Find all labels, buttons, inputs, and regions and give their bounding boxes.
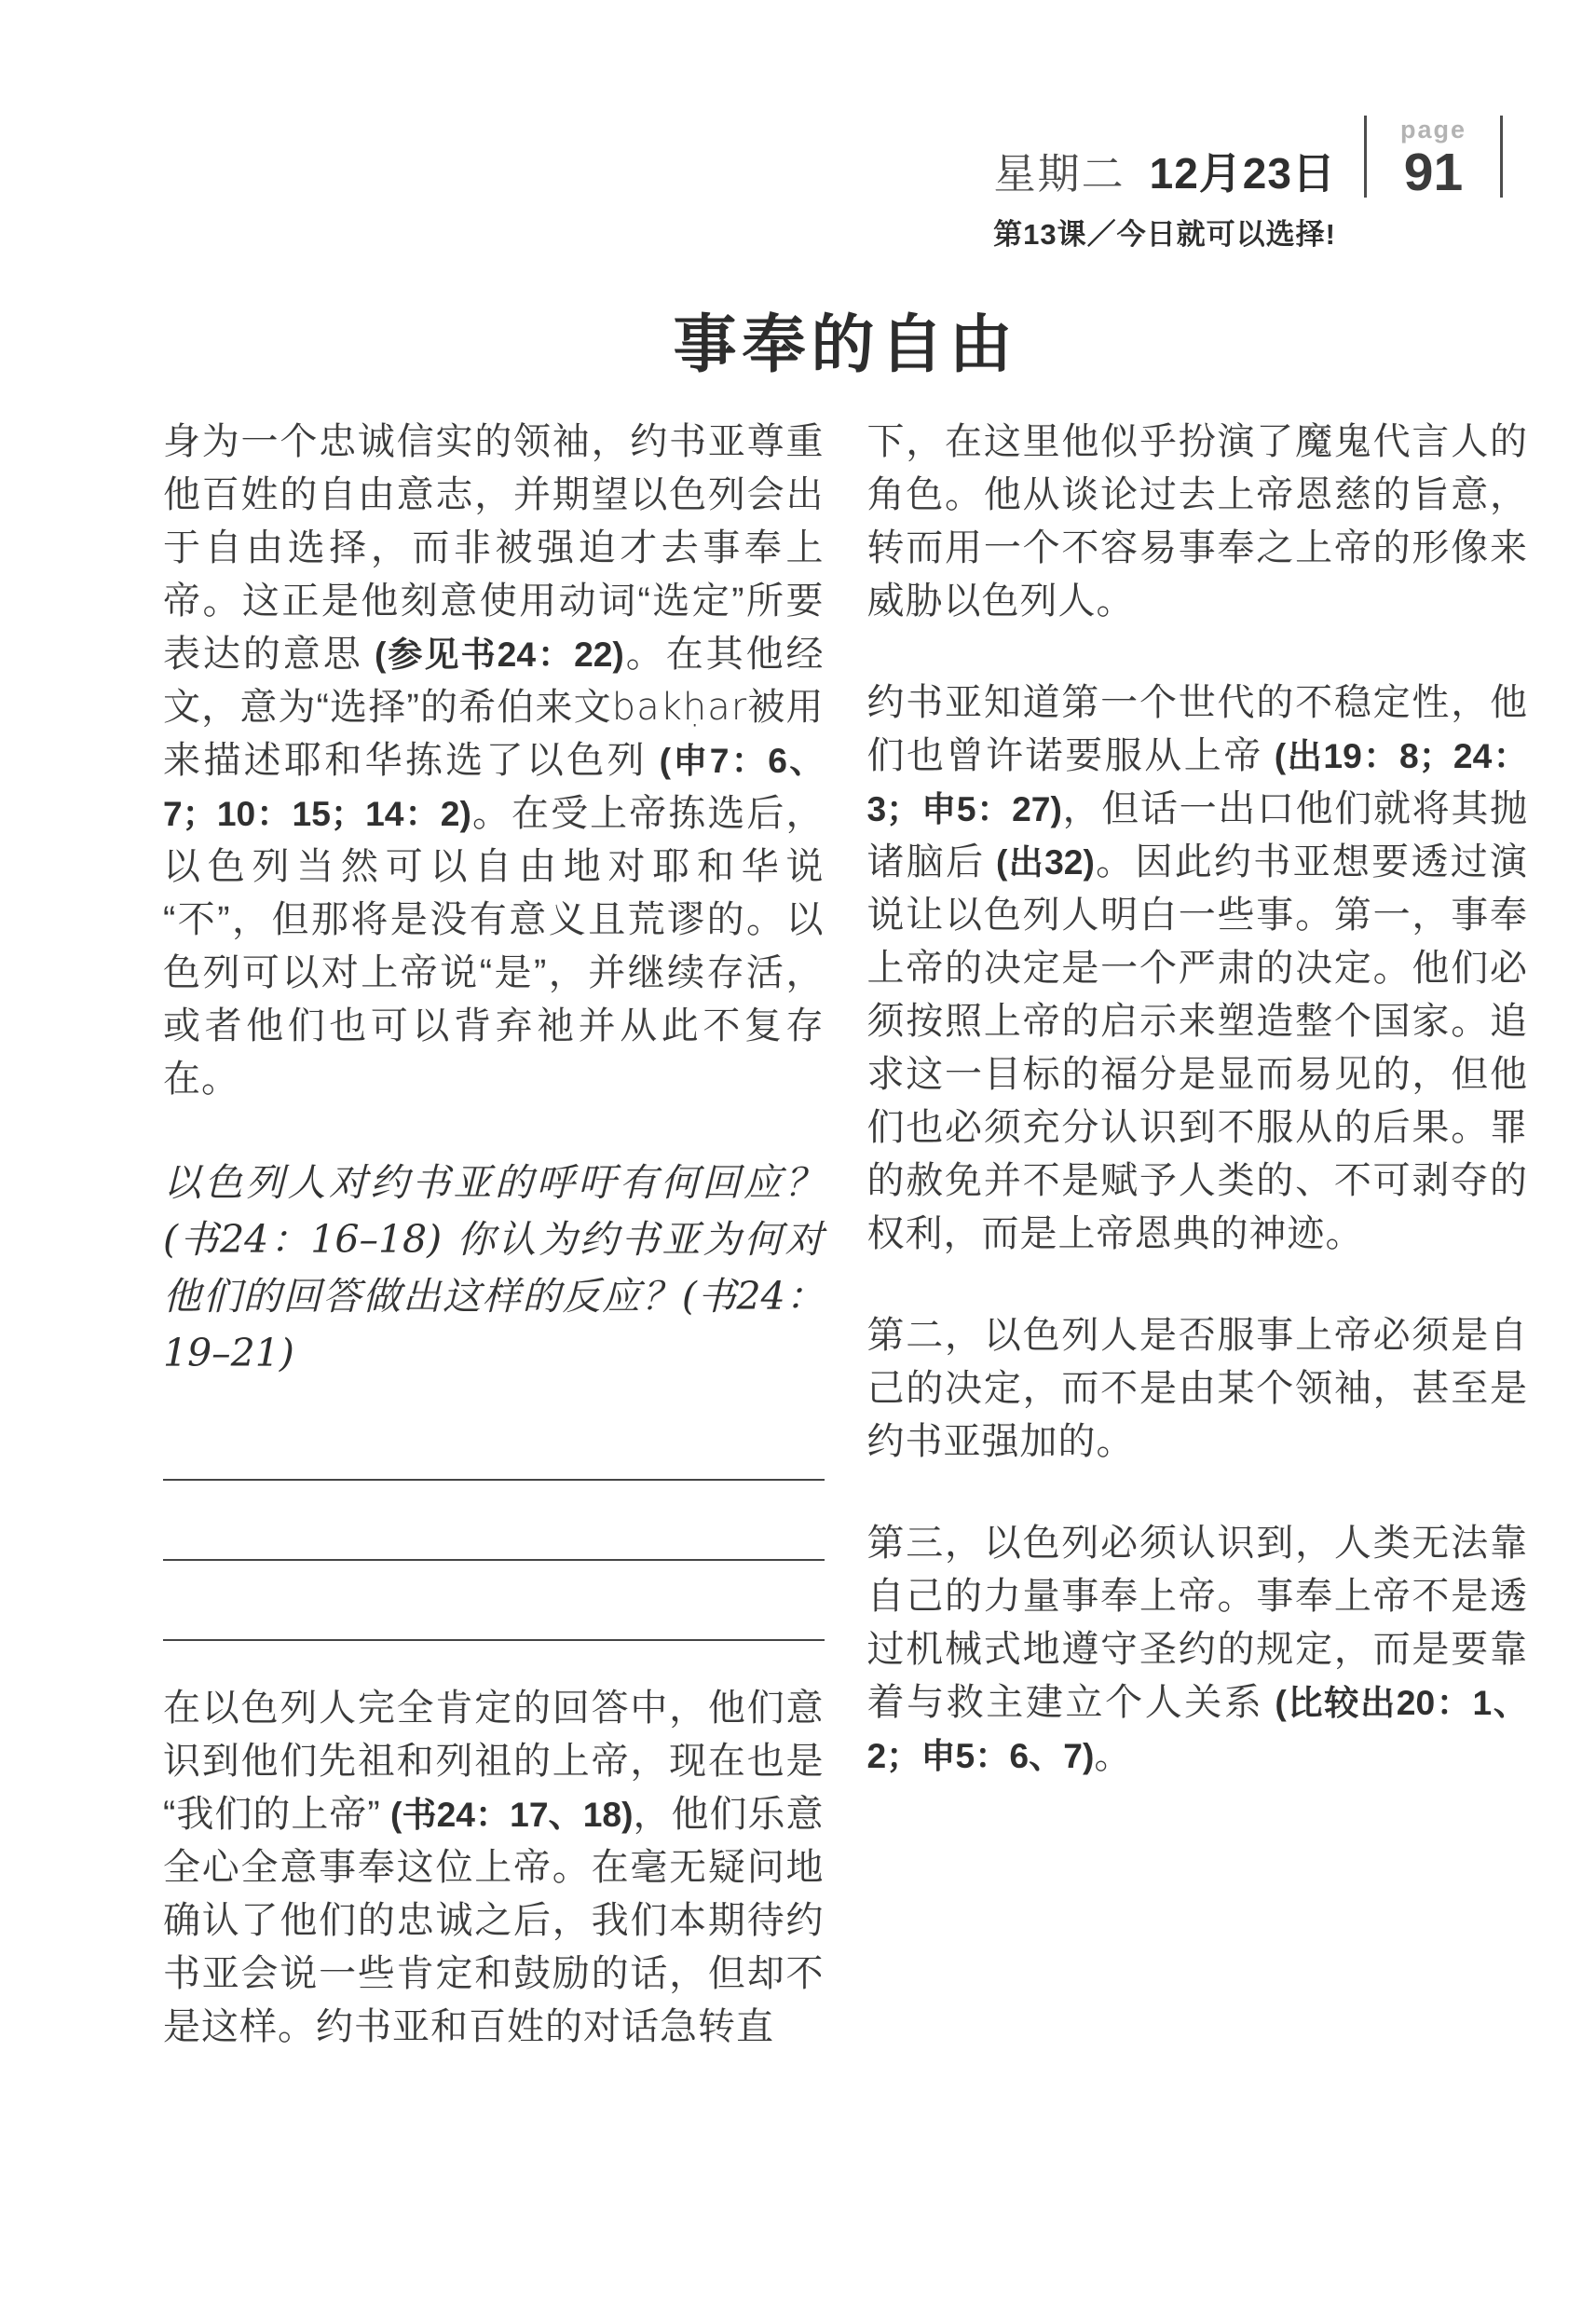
question-paragraph: 以色列人对约书亚的呼吁有何回应？(书24：16–18) 你认为约书亚为何对他们的… xyxy=(163,1155,825,1382)
text-run: 。因此约书亚想要透过演说让以色列人明白一些事。第一，事奉上帝的决定是一个严肃的决… xyxy=(867,841,1529,1254)
answer-line xyxy=(163,1561,825,1641)
scripture-reference: (参见书24：22) xyxy=(363,635,624,674)
text-run: 。 xyxy=(1094,1735,1132,1776)
left-column: 身为一个忠诚信实的领袖，约书亚尊重他百姓的自由意志，并期望以色列会出于自由选择，… xyxy=(163,416,825,2054)
page-number: 91 xyxy=(1400,145,1466,199)
text-run: 第二，以色列人是否服事上帝必须是自己的决定，而不是由某个领袖，甚至是约书亚强加的… xyxy=(867,1315,1529,1462)
page-number-block: page 91 xyxy=(1367,116,1500,199)
paragraph-4: 约书亚知道第一个世代的不稳定性，他们也曾许诺要服从上帝 (出19：8；24：3；… xyxy=(867,677,1529,1261)
right-column: 下，在这里他似乎扮演了魔鬼代言人的角色。他从谈论过去上帝恩慈的旨意，转而用一个不… xyxy=(867,416,1529,2054)
text-run: 。在受上帝拣选后，以色列当然可以自由地对耶和华说“不”，但那将是没有意义且荒谬的… xyxy=(163,793,825,1100)
scripture-reference: (书24：16–18) xyxy=(163,1217,442,1262)
page-label: page xyxy=(1400,116,1466,144)
answer-lines xyxy=(163,1401,825,1641)
answer-line xyxy=(163,1481,825,1561)
paragraph-3: 下，在这里他似乎扮演了魔鬼代言人的角色。他从谈论过去上帝恩慈的旨意，转而用一个不… xyxy=(867,416,1529,628)
paragraph-5: 第二，以色列人是否服事上帝必须是自己的决定，而不是由某个领袖，甚至是约书亚强加的… xyxy=(867,1309,1529,1469)
text-run: 下，在这里他似乎扮演了魔鬼代言人的角色。他从谈论过去上帝恩慈的旨意，转而用一个不… xyxy=(867,421,1529,622)
text-run: bakḥar xyxy=(612,686,747,729)
paragraph-6: 第三，以色列必须认识到，人类无法靠自己的力量事奉上帝。事奉上帝不是透过机械式地遵… xyxy=(867,1517,1529,1783)
scripture-reference: (书24：17、18) xyxy=(381,1795,634,1834)
lesson-label: 第13课／今日就可以选择! xyxy=(993,211,1336,253)
text-run: 以色列人对约书亚的呼吁有何回应？ xyxy=(163,1160,825,1205)
header-date-line: 星期二12月23日 xyxy=(993,151,1336,207)
article-body: 身为一个忠诚信实的领袖，约书亚尊重他百姓的自由意志，并期望以色列会出于自由选择，… xyxy=(163,416,1528,2054)
header-text: 星期二12月23日 第13课／今日就可以选择! xyxy=(993,151,1336,253)
weekday-label: 星期二 xyxy=(994,150,1125,198)
article-title: 事奉的自由 xyxy=(163,294,1528,385)
lesson-page: 星期二12月23日 第13课／今日就可以选择! page 91 事奉的自由 身为… xyxy=(0,0,1596,2311)
header-divider-right xyxy=(1500,116,1503,198)
paragraph-2: 在以色列人完全肯定的回答中，他们意识到他们先祖和列祖的上帝，现在也是“我们的上帝… xyxy=(163,1682,825,2054)
paragraph-1: 身为一个忠诚信实的领袖，约书亚尊重他百姓的自由意志，并期望以色列会出于自由选择，… xyxy=(163,416,825,1106)
page-header: 星期二12月23日 第13课／今日就可以选择! page 91 xyxy=(993,116,1503,253)
date-label: 12月23日 xyxy=(1150,149,1336,198)
scripture-reference: (出32) xyxy=(985,842,1095,882)
answer-line xyxy=(163,1401,825,1481)
